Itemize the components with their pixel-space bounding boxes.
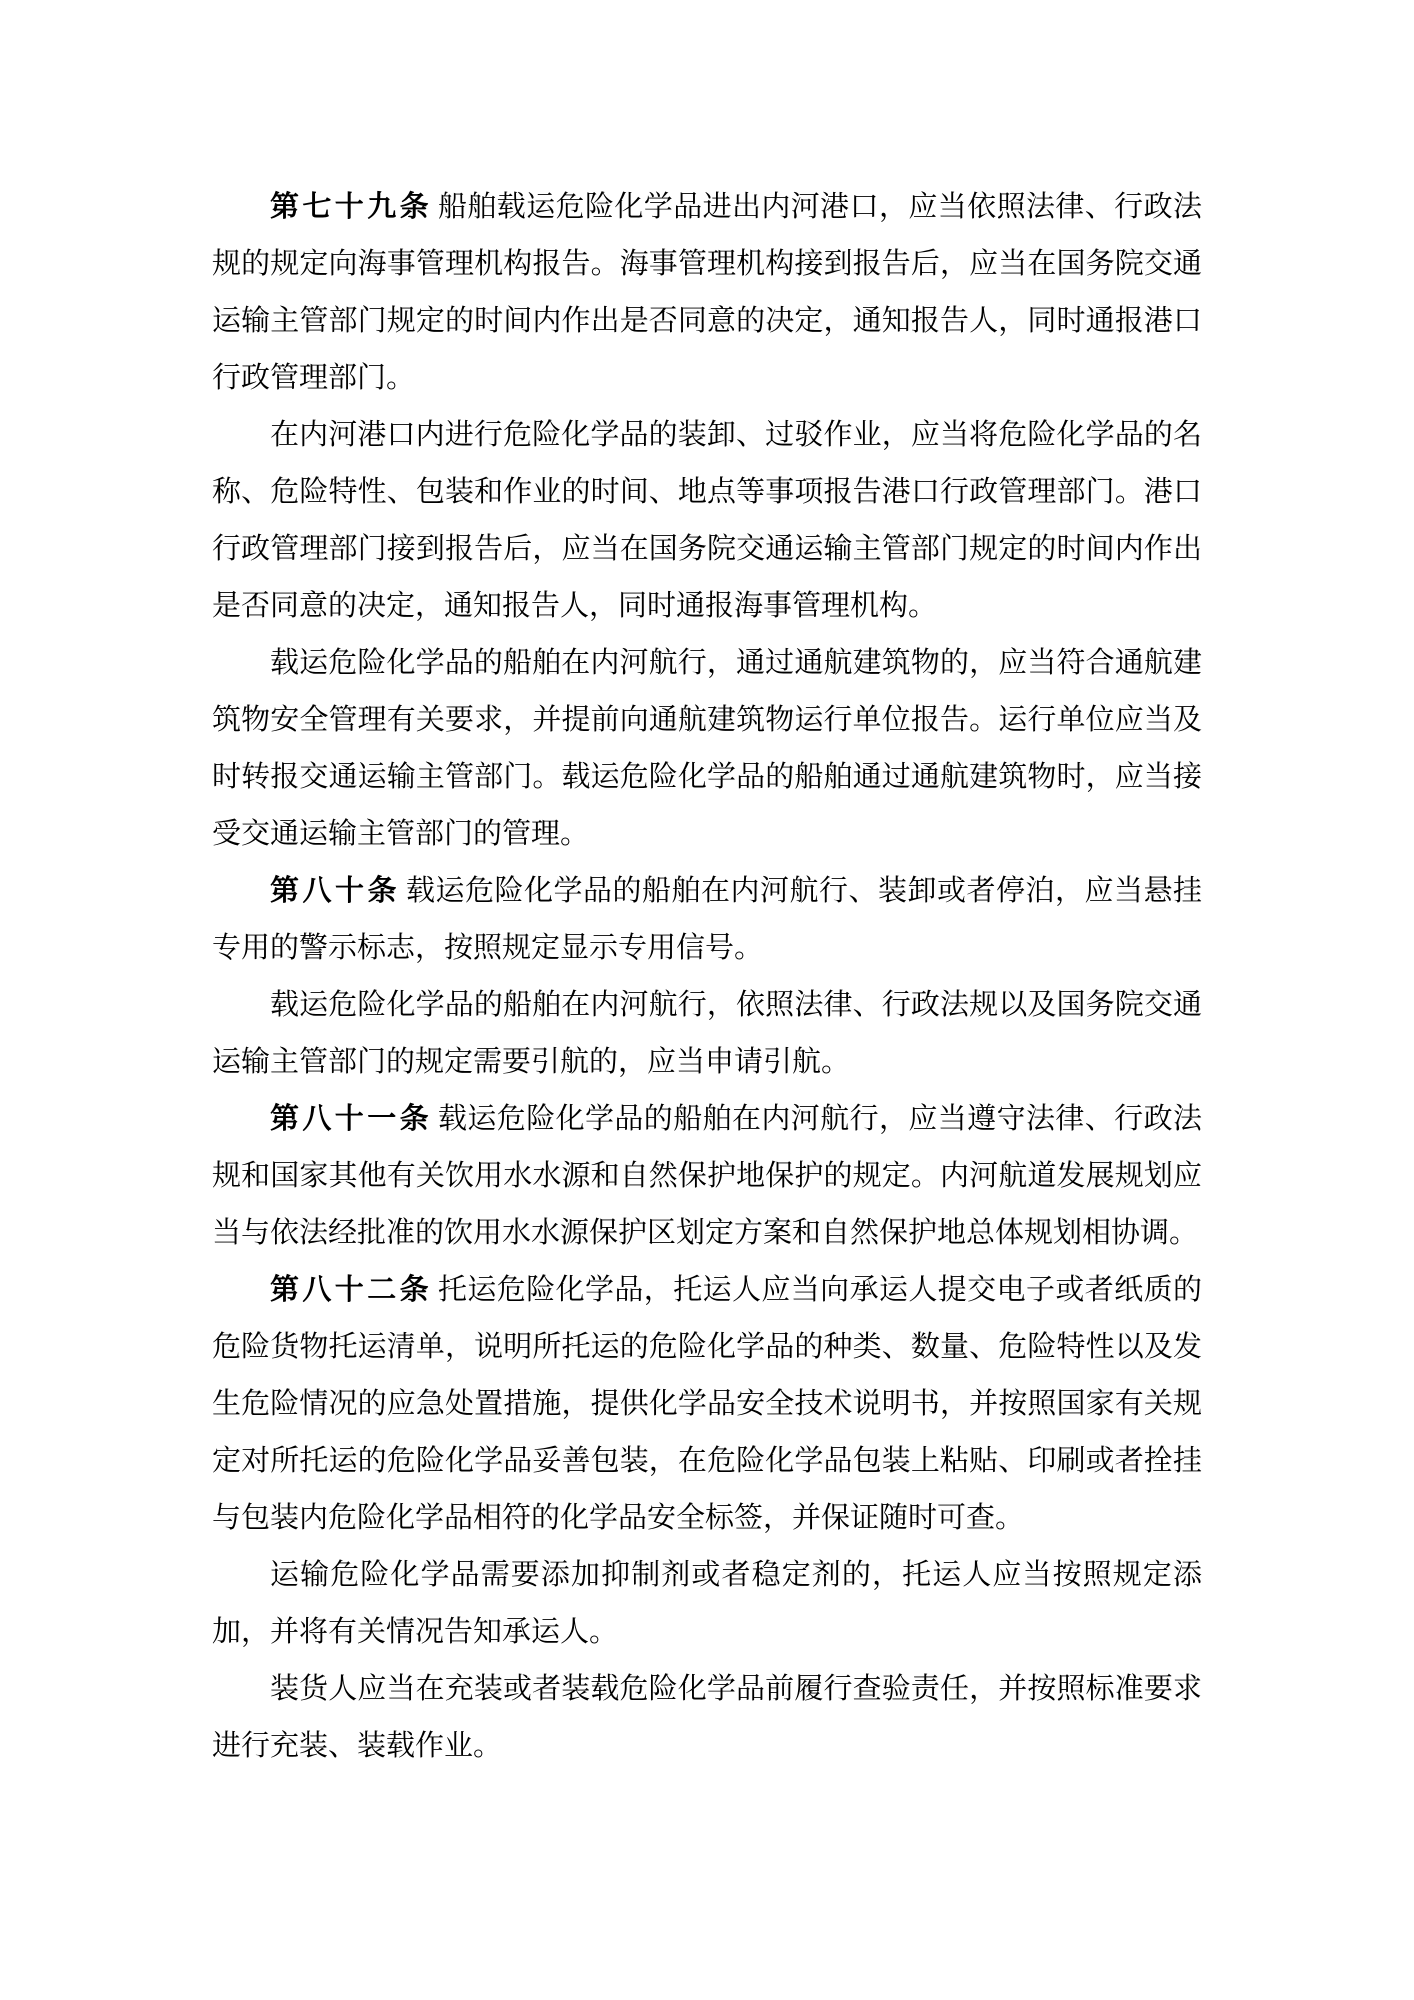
article-80-number: 第八十条 (270, 875, 400, 907)
document-body: 第七十九条船舶载运危险化学品进出内河港口，应当依照法律、行政法规的规定向海事管理… (212, 179, 1202, 1775)
article-79-paragraph-2: 在内河港口内进行危险化学品的装卸、过驳作业，应当将危险化学品的名称、危险特性、包… (212, 407, 1202, 635)
article-82-paragraph-2: 运输危险化学品需要添加抑制剂或者稳定剂的，托运人应当按照规定添加，并将有关情况告… (212, 1547, 1202, 1661)
article-79-paragraph-3: 载运危险化学品的船舶在内河航行，通过通航建筑物的，应当符合通航建筑物安全管理有关… (212, 635, 1202, 863)
article-80-paragraph-2: 载运危险化学品的船舶在内河航行，依照法律、行政法规以及国务院交通运输主管部门的规… (212, 977, 1202, 1091)
article-82-text: 托运危险化学品，托运人应当向承运人提交电子或者纸质的危险货物托运清单，说明所托运… (212, 1274, 1202, 1534)
document-page: 第七十九条船舶载运危险化学品进出内河港口，应当依照法律、行政法规的规定向海事管理… (0, 0, 1414, 2000)
article-82-number: 第八十二条 (270, 1274, 432, 1306)
paragraph-text: 装货人应当在充装或者装载危险化学品前履行查验责任，并按照标准要求进行充装、装载作… (212, 1673, 1202, 1762)
article-81-number: 第八十一条 (270, 1103, 432, 1135)
article-79-paragraph-1: 第七十九条船舶载运危险化学品进出内河港口，应当依照法律、行政法规的规定向海事管理… (212, 179, 1202, 407)
paragraph-text: 运输危险化学品需要添加抑制剂或者稳定剂的，托运人应当按照规定添加，并将有关情况告… (212, 1559, 1202, 1648)
article-79-number: 第七十九条 (270, 191, 432, 223)
article-82-paragraph-1: 第八十二条托运危险化学品，托运人应当向承运人提交电子或者纸质的危险货物托运清单，… (212, 1262, 1202, 1547)
paragraph-text: 载运危险化学品的船舶在内河航行，通过通航建筑物的，应当符合通航建筑物安全管理有关… (212, 647, 1202, 850)
paragraph-text: 载运危险化学品的船舶在内河航行，依照法律、行政法规以及国务院交通运输主管部门的规… (212, 989, 1202, 1078)
article-82-paragraph-3: 装货人应当在充装或者装载危险化学品前履行查验责任，并按照标准要求进行充装、装载作… (212, 1661, 1202, 1775)
article-81-paragraph-1: 第八十一条载运危险化学品的船舶在内河航行，应当遵守法律、行政法规和国家其他有关饮… (212, 1091, 1202, 1262)
paragraph-text: 在内河港口内进行危险化学品的装卸、过驳作业，应当将危险化学品的名称、危险特性、包… (212, 419, 1202, 622)
article-80-paragraph-1: 第八十条载运危险化学品的船舶在内河航行、装卸或者停泊，应当悬挂专用的警示标志，按… (212, 863, 1202, 977)
